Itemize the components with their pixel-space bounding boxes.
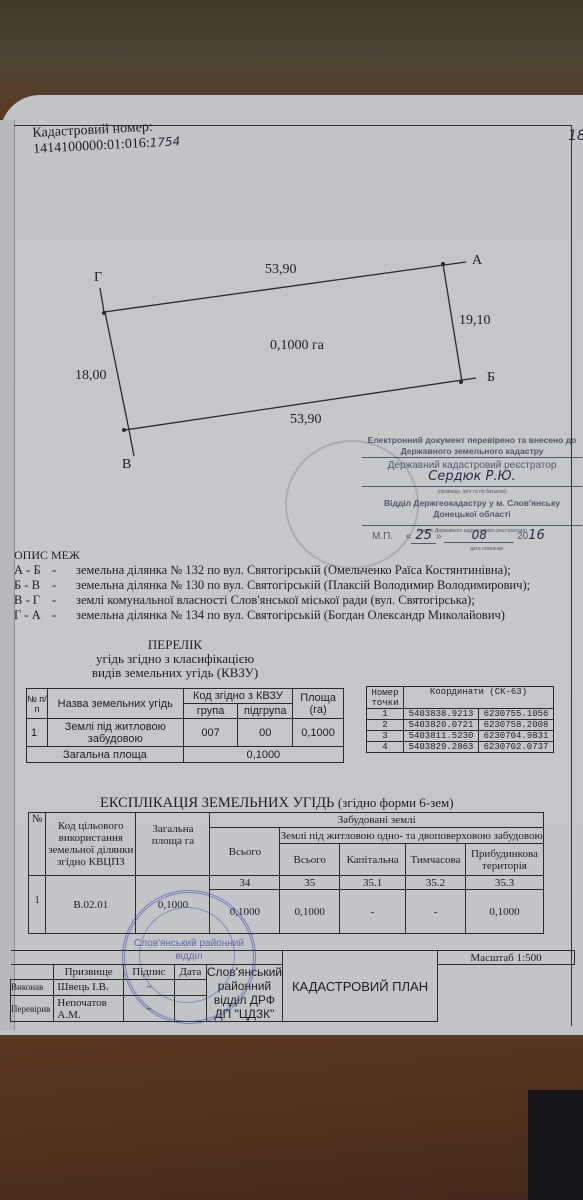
plot-area-label: 0,1000 га: [270, 338, 324, 354]
expl-header-total-area: Загальна площа га: [136, 813, 210, 876]
plan-title: КАДАСТРОВИЙ ПЛАН: [283, 951, 438, 1022]
coords-header-point: Номер точки: [367, 687, 404, 709]
performed-label: Виконав: [11, 979, 54, 996]
mp-label: М.П.: [372, 531, 393, 542]
column-codes-row: 1 B.02.01 0,1000 34 35 35.1 35.2 35.3: [29, 876, 544, 890]
kvzu-table: № п/п Назва земельних угідь Код згідно з…: [26, 688, 344, 763]
kvzu-title: ПЕРЕЛІК угідь згідно з класифікацією вид…: [60, 638, 290, 680]
table-row: 25403820.07216230758.2008: [367, 720, 554, 731]
stamp-line-5: Відділ Держгеокадастру у м. Слов'янську: [362, 498, 582, 509]
expl-header-adjacent: Прибудинкова територія: [465, 844, 543, 876]
vertex-a: А: [472, 253, 482, 269]
stamp-date-caption: дата позначки: [470, 546, 503, 552]
stamp-line-1: Електронний документ перевірено та внесе…: [362, 435, 582, 446]
kvzu-header-num: № п/п: [27, 689, 48, 719]
seal-center-text: Слов'янський районний відділ: [125, 937, 253, 963]
plot-diagram: [0, 0, 583, 480]
kvzu-title-1: ПЕРЕЛІК: [60, 638, 290, 652]
table-row: 45403829.28636230702.0737: [367, 742, 554, 753]
boundary-item: В - Г-землі комунальної власності Слов'я…: [14, 593, 583, 608]
kvzu-header-subgroup: підгрупа: [238, 704, 293, 719]
boundaries-title: ОПИС МЕЖ: [14, 548, 80, 563]
boundaries-list: А - Б-земельна ділянка № 132 по вул. Свя…: [14, 563, 583, 623]
expl-header-temporary: Тимчасова: [406, 844, 466, 876]
table-row: 1 Землі під житловою забудовою 007 00 0,…: [27, 719, 344, 747]
boundary-item: Г - А-земельна ділянка № 134 по вул. Свя…: [14, 608, 583, 623]
performed-name: Швець І.В.: [54, 979, 123, 996]
kvzu-header-code: Код згідно з КВЗУ: [183, 689, 292, 704]
checked-name: Непочатов А.М.: [54, 996, 123, 1022]
kvzu-header-name: Назва земельних угідь: [47, 689, 183, 719]
vertex-v: В: [122, 457, 131, 473]
vertex-b: Б: [487, 370, 495, 386]
boundary-item: А - Б-земельна ділянка № 132 по вул. Свя…: [14, 563, 583, 578]
expl-header-num: №: [29, 813, 46, 876]
side-bottom-length: 53,90: [290, 412, 322, 428]
stamp-line-2: Державного земельного кадастру: [362, 446, 582, 458]
kvzu-header-group: група: [183, 704, 238, 719]
side-left-length: 18,00: [75, 368, 107, 384]
coords-header-coords: Координати (СК-63): [404, 687, 554, 709]
stamp-year-handwritten: 16: [528, 528, 545, 543]
explication-title-main: ЕКСПЛІКАЦІЯ ЗЕМЕЛЬНИХ УГІДЬ: [100, 795, 334, 811]
registrar-name-handwritten: Сердюк Р.Ю.: [362, 471, 582, 487]
organization-round-seal: Слов'янський районний відділ: [122, 890, 256, 1024]
stamp-day: 25: [411, 528, 436, 544]
checked-label: Перевірив: [11, 996, 54, 1022]
title-block: КАДАСТРОВИЙ ПЛАН Масштаб 1:500 Призвище …: [10, 950, 575, 1022]
kvzu-title-3: видів земельних угідь (КВЗУ): [60, 666, 290, 680]
coordinates-table: Номер точки Координати (СК-63) 15403838.…: [366, 686, 554, 753]
kvzu-total-label: Загальна площа: [27, 747, 184, 763]
table-row: 35403811.52306230704.9831: [367, 731, 554, 742]
stamp-year-printed: 20: [517, 531, 528, 542]
side-top-length: 53,90: [265, 262, 297, 278]
kvzu-total-value: 0,1000: [183, 747, 343, 763]
explication-table: № Код цільового використання земельної д…: [28, 812, 544, 934]
scale-label: Масштаб 1:500: [438, 951, 575, 965]
expl-header-code: Код цільового використання земельної діл…: [46, 813, 136, 876]
kvzu-title-2: угідь згідно з класифікацією: [60, 652, 290, 666]
dark-corner: [528, 1090, 583, 1200]
explication-title-sub: (згідно форми 6-зем): [338, 795, 454, 810]
stamp-month: 08: [444, 528, 514, 543]
expl-header-built: Забудовані землі: [210, 813, 544, 828]
col-surname: Призвище: [54, 965, 123, 980]
vertex-g: Г: [94, 270, 102, 286]
expl-header-residential: Землі під житловою одно- та двоповерхово…: [280, 828, 544, 844]
registration-stamp: Електронний документ перевірено та внесе…: [362, 435, 582, 537]
stamp-date-row: М.П. «25» 08 2016: [372, 528, 545, 543]
boundary-item: Б - В-земельна ділянка № 130 по вул. Свя…: [14, 578, 583, 593]
explication-title: ЕКСПЛІКАЦІЯ ЗЕМЕЛЬНИХ УГІДЬ (згідно форм…: [100, 795, 454, 812]
expl-header-capital: Капітальна: [340, 844, 406, 876]
cardboard-background: [0, 1040, 583, 1200]
kvzu-header-area: Площа (га): [293, 689, 344, 719]
stamp-line-6: Донецької області: [362, 509, 582, 526]
expl-header-res-all: Всього: [280, 844, 340, 876]
expl-header-all: Всього: [210, 828, 280, 876]
stamp-caption-name: (прізвище, ім'я та по батькові): [362, 487, 582, 498]
table-row: 15403838.92136230755.1056: [367, 709, 554, 720]
side-right-length: 19,10: [459, 313, 491, 329]
